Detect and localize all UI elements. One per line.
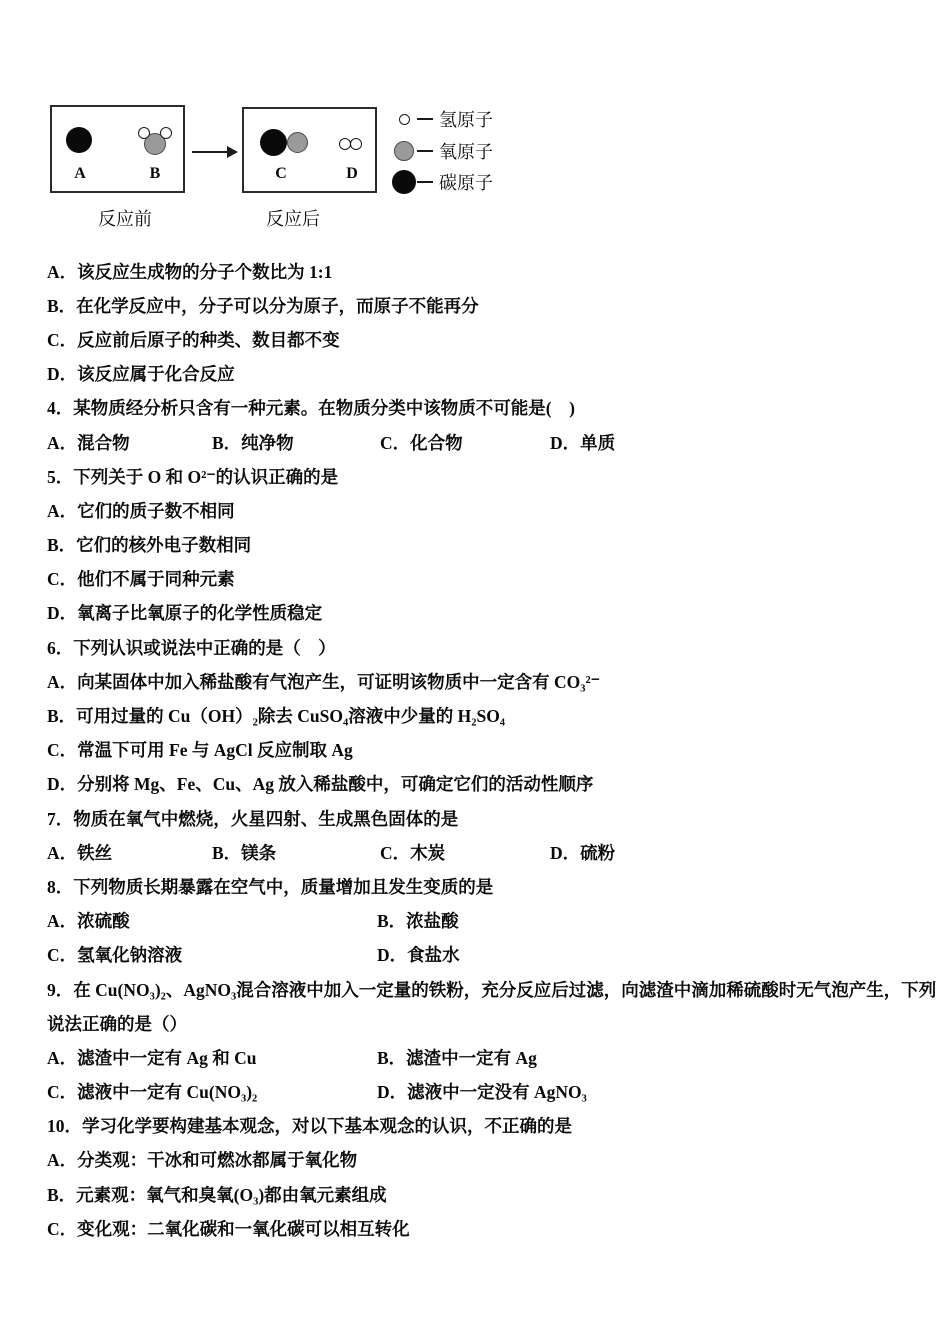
option-cell: B．纯净物 [212,430,380,455]
molecule-label-c: C [275,166,287,182]
after-caption: 反应后 [266,210,320,228]
carbon-atom [260,129,287,156]
exam-page: { "colors": { "paper": "#ffffff", "ink":… [0,0,950,1344]
text-line: A．向某固体中加入稀盐酸有气泡产生，可证明该物质中一定含有 CO₃²⁻ [47,664,923,698]
text-line: D．该反应属于化合反应 [47,357,923,391]
legend-row: 氧原子 [391,138,493,164]
hydrogen-atom [138,127,150,139]
reaction-arrow [192,151,228,153]
options-row: A．混合物B．纯净物C．化合物D．单质 [47,425,923,459]
text-line: 7．物质在氧气中燃烧，火星四射、生成黑色固体的是 [47,801,923,835]
option-cell: D．单质 [550,430,923,455]
legend-dash [417,181,433,183]
legend-label: 氧原子 [439,138,493,164]
before-caption: 反应前 [98,210,152,228]
option-cell: B．镁条 [212,840,380,865]
text-line: D．氧离子比氧原子的化学性质稳定 [47,596,923,630]
molecule-label-d: D [346,166,358,182]
carbon-atom-icon [392,170,416,194]
text-line: B．在化学反应中，分子可以分为原子，而原子不能再分 [47,288,923,322]
text-line: A．它们的质子数不相同 [47,493,923,527]
molecule-label-a: A [74,166,86,182]
options-row: C．滤液中一定有 Cu(NO₃)₂D．滤液中一定没有 AgNO₃ [47,1075,923,1109]
legend-label: 氢原子 [439,106,493,132]
option-cell: D．硫粉 [550,840,923,865]
text-line: 10．学习化学要构建基本观念，对以下基本观念的认识，不正确的是 [47,1109,923,1143]
text-line: A．分类观：干冰和可燃冰都属于氧化物 [47,1143,923,1177]
options-row: A．铁丝B．镁条C．木炭D．硫粉 [47,835,923,869]
hydrogen-atom-icon [399,114,410,125]
text-line: C．常温下可用 Fe 与 AgCl 反应制取 Ag [47,733,923,767]
text-line: 说法正确的是（） [47,1006,923,1040]
option-cell: C．氢氧化钠溶液 [47,942,377,967]
carbon-atom [66,127,92,153]
legend-label: 碳原子 [439,169,493,195]
hydrogen-atom [160,127,172,139]
legend-row: 氢原子 [391,106,493,132]
text-line: C．反应前后原子的种类、数目都不变 [47,322,923,356]
text-line: C．他们不属于同种元素 [47,562,923,596]
option-cell: C．滤液中一定有 Cu(NO₃)₂ [47,1079,377,1104]
text-line: 5．下列关于 O 和 O²⁻的认识正确的是 [47,459,923,493]
text-line: D．分别将 Mg、Fe、Cu、Ag 放入稀盐酸中，可确定它们的活动性顺序 [47,767,923,801]
legend-dash [417,150,433,152]
option-cell: D．滤液中一定没有 AgNO₃ [377,1079,923,1104]
option-cell: B．滤渣中一定有 Ag [377,1045,923,1070]
option-cell: D．食盐水 [377,942,923,967]
text-line: 4．某物质经分析只含有一种元素。在物质分类中该物质不可能是( ) [47,391,923,425]
option-cell: A．铁丝 [47,840,212,865]
option-cell: A．滤渣中一定有 Ag 和 Cu [47,1045,377,1070]
text-line: C．变化观：二氧化碳和一氧化碳可以相互转化 [47,1211,923,1245]
molecule-label-b: B [150,166,161,182]
text-line: B．它们的核外电子数相同 [47,528,923,562]
oxygen-atom-icon [394,141,414,161]
option-cell: A．混合物 [47,430,212,455]
arrow-head-icon [227,146,238,158]
options-row: C．氢氧化钠溶液D．食盐水 [47,938,923,972]
legend-dash [417,118,433,120]
text-line: 8．下列物质长期暴露在空气中，质量增加且发生变质的是 [47,869,923,903]
text-line: B．元素观：氧气和臭氧(O₃)都由氧元素组成 [47,1177,923,1211]
option-cell: A．浓硫酸 [47,908,377,933]
question-body: A．该反应生成物的分子个数比为 1:1B．在化学反应中，分子可以分为原子，而原子… [47,254,923,1245]
option-cell: C．木炭 [380,840,550,865]
options-row: A．滤渣中一定有 Ag 和 CuB．滤渣中一定有 Ag [47,1040,923,1074]
option-cell: C．化合物 [380,430,550,455]
text-line: 6．下列认识或说法中正确的是（ ） [47,630,923,664]
text-line: A．该反应生成物的分子个数比为 1:1 [47,254,923,288]
text-line: 9．在 Cu(NO₃)₂、AgNO₃混合溶液中加入一定量的铁粉，充分反应后过滤，… [47,972,923,1006]
hydrogen-atom [350,138,362,150]
reaction-diagram: A B C D 反应前 反应后 氢原子 氧原子 碳原子 [0,0,950,250]
option-cell: B．浓盐酸 [377,908,923,933]
text-line: B．可用过量的 Cu（OH）₂除去 CuSO₄溶液中少量的 H₂SO₄ [47,698,923,732]
options-row: A．浓硫酸B．浓盐酸 [47,904,923,938]
legend-row: 碳原子 [391,169,493,195]
oxygen-atom [287,132,308,153]
